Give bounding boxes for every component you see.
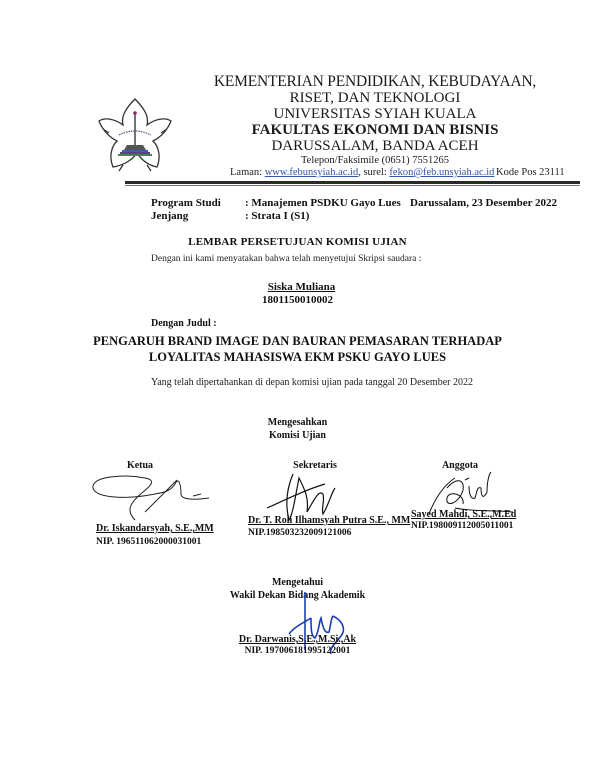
postal-code: Kode Pos 23111 bbox=[496, 167, 565, 178]
signatory-name-secretary: Dr. T. Roli Ilhamsyah Putra S.E., MM bbox=[248, 515, 410, 526]
student-name: Siska Muliana bbox=[0, 281, 595, 293]
signatory-nip-secretary: NIP.198503232009121006 bbox=[248, 528, 351, 538]
university-name: UNIVERSITAS SYIAH KUALA bbox=[180, 106, 570, 123]
ministry-line-1: KEMENTERIAN PENDIDIKAN, KEBUDAYAAN, bbox=[180, 73, 570, 91]
thesis-title-line-1: PENGARUH BRAND IMAGE DAN BAURAN PEMASARA… bbox=[0, 334, 595, 349]
judul-label: Dengan Judul : bbox=[151, 318, 217, 329]
level-value: : Strata I (S1) bbox=[245, 210, 309, 222]
website-label: Laman: bbox=[230, 167, 265, 178]
university-seal-icon bbox=[95, 95, 175, 175]
defense-statement: Yang telah dipertahankan di depan komisi… bbox=[151, 377, 473, 388]
level-label: Jenjang bbox=[151, 210, 188, 222]
approval-heading-1: Mengesahkan bbox=[0, 417, 595, 428]
website-link[interactable]: www.febunsyiah.ac.id bbox=[265, 167, 359, 178]
signatory-nip-chair: NIP. 196511062000031001 bbox=[96, 537, 201, 547]
intro-text: Dengan ini kami menyatakan bahwa telah m… bbox=[151, 254, 421, 264]
ministry-line-2: RISET, DAN TEKNOLOGI bbox=[180, 90, 570, 107]
document-title: LEMBAR PERSETUJUAN KOMISI UJIAN bbox=[0, 236, 595, 248]
city-address: DARUSSALAM, BANDA ACEH bbox=[180, 138, 570, 155]
approval-heading-2: Komisi Ujian bbox=[0, 430, 595, 441]
signature-chair bbox=[85, 470, 215, 530]
letterhead-divider bbox=[125, 181, 580, 184]
vice-dean-nip: NIP. 197006181995122001 bbox=[0, 646, 595, 656]
thesis-title-line-2: LOYALITAS MAHASISWA EKM PSKU GAYO LUES bbox=[0, 350, 595, 365]
program-label: Program Studi bbox=[151, 197, 221, 209]
signatory-name-chair: Dr. Iskandarsyah, S.E.,MM bbox=[96, 523, 214, 534]
vice-dean-name: Dr. Darwanis,S.E.,M.Si.,Ak bbox=[0, 634, 595, 645]
email-link[interactable]: fekon@feb.unsyiah.ac.id bbox=[389, 167, 494, 178]
program-value: : Manajemen PSDKU Gayo Lues bbox=[245, 197, 401, 209]
email-label: , surel: bbox=[358, 167, 389, 178]
place-date: Darussalam, 23 Desember 2022 bbox=[410, 197, 557, 209]
student-id: 1801150010002 bbox=[0, 294, 595, 306]
signatory-nip-member: NIP.198009112005011001 bbox=[411, 521, 513, 531]
acknowledgement-heading-1: Mengetahui bbox=[0, 577, 595, 588]
faculty-name: FAKULTAS EKONOMI DAN BISNIS bbox=[180, 122, 570, 139]
phone-fax: Telepon/Faksimile (0651) 7551265 bbox=[180, 155, 570, 166]
letterhead-divider-thin bbox=[125, 185, 580, 186]
signatory-name-member: Sayed Mahdi, S.E.,M.Ed bbox=[411, 509, 516, 520]
contact-line: Laman: www.febunsyiah.ac.id, surel: feko… bbox=[230, 167, 580, 178]
